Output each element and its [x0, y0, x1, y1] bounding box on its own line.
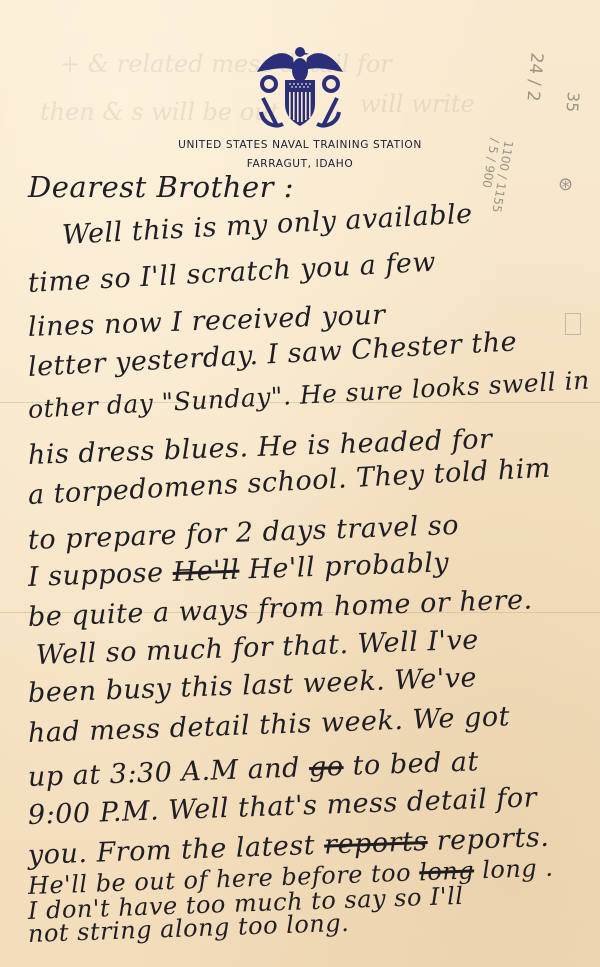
letter-text: long .	[482, 854, 554, 884]
struck-word: go	[308, 751, 344, 783]
letter-text: reports.	[436, 822, 550, 857]
pencil-note: 35	[564, 91, 580, 113]
pencil-box-mark	[565, 313, 581, 335]
struck-word: He'll	[172, 555, 240, 588]
navy-emblem-icon	[253, 40, 347, 130]
pencil-note: 24 / 2	[525, 52, 543, 102]
struck-word: reports	[324, 826, 429, 861]
salutation: Dearest Brother :	[28, 170, 294, 204]
show-through-text: will write	[360, 90, 475, 118]
letter-text: I suppose	[27, 557, 164, 593]
show-through-text: then & s will be out	[40, 98, 279, 126]
pencil-circled-mark: ⊛	[558, 178, 573, 192]
letter-text: to bed at	[352, 746, 479, 781]
